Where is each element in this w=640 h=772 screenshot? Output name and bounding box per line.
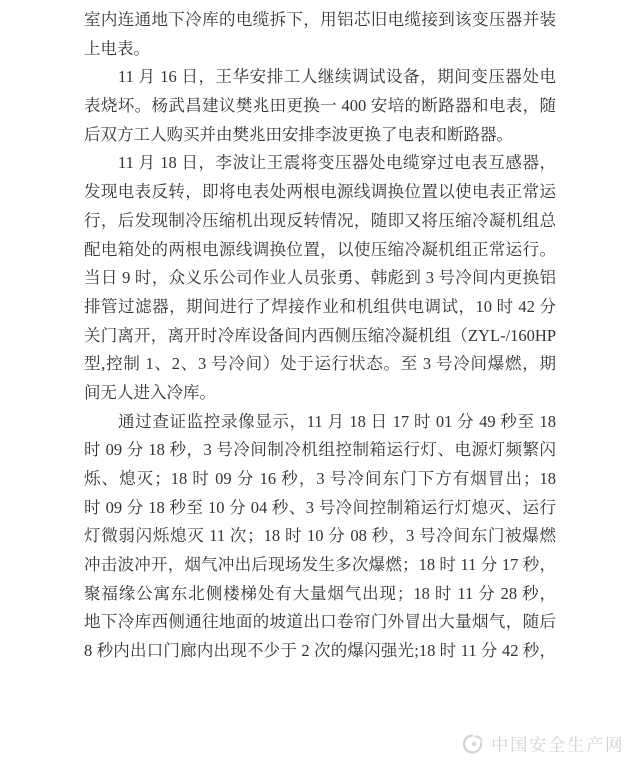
text-line: 11 月 18 日，李波让王震将变压器处电缆穿过电表互感器， <box>84 149 556 178</box>
text-line: 配电箱处的两根电源线调换位置，以使压缩冷凝机组正常运行。 <box>84 236 556 265</box>
text-line: 地下冷库西侧通往地面的坡道出口卷帘门外冒出大量烟气，随后 <box>84 608 556 637</box>
text-line: 当日 9 时，众义乐公司作业人员张勇、韩彪到 3 号冷间内更换铝 <box>84 264 556 293</box>
site-logo-icon <box>461 732 485 756</box>
text-line: 烁、熄灭；18 时 09 分 16 秒，3 号冷间东门下方有烟冒出；18 <box>84 465 556 494</box>
text-line: 行，后发现制冷压缩机出现反转情况，随即又将压缩冷凝机组总 <box>84 207 556 236</box>
text-line: 8 秒内出口门廊内出现不少于 2 次的爆闪强光;18 时 11 分 42 秒， <box>84 637 556 666</box>
document-body: 室内连通地下冷库的电缆拆下，用铝芯旧电缆接到该变压器并装 上电表。 11 月 1… <box>84 6 556 666</box>
text-line: 发现电表反转，即将电表处两根电源线调换位置以使电表正常运 <box>84 178 556 207</box>
text-line: 关门离开，离开时冷库设备间内西侧压缩冷凝机组（ZYL-/160HP <box>84 322 556 351</box>
text-line: 后双方工人购买并由樊兆田安排李波更换了电表和断路器。 <box>84 121 556 150</box>
text-line: 表烧坏。杨武昌建议樊兆田更换一 400 安培的断路器和电表，随 <box>84 92 556 121</box>
document-page: 室内连通地下冷库的电缆拆下，用铝芯旧电缆接到该变压器并装 上电表。 11 月 1… <box>0 0 640 772</box>
text-line: 室内连通地下冷库的电缆拆下，用铝芯旧电缆接到该变压器并装 <box>84 6 556 35</box>
text-line: 上电表。 <box>84 35 556 64</box>
text-line: 间无人进入冷库。 <box>84 379 556 408</box>
text-line: 聚福缘公寓东北侧楼梯处有大量烟气出现；18 时 11 分 28 秒， <box>84 580 556 609</box>
text-line: 冲击波冲开，烟气冲出后现场发生多次爆燃；18 时 11 分 17 秒， <box>84 551 556 580</box>
text-line: 时 09 分 18 秒，3 号冷间制冷机组控制箱运行灯、电源灯频繁闪 <box>84 436 556 465</box>
watermark: 中国安全生产网 <box>461 730 624 758</box>
text-line: 灯微弱闪烁熄灭 11 次；18 时 10 分 08 秒，3 号冷间东门被爆燃 <box>84 522 556 551</box>
text-line: 通过查证监控录像显示，11 月 18 日 17 时 01 分 49 秒至 18 <box>84 408 556 437</box>
text-line: 11 月 16 日，王华安排工人继续调试设备，期间变压器处电 <box>84 63 556 92</box>
text-line: 时 09 分 18 秒至 10 分 04 秒、3 号冷间控制箱运行灯熄灭、运行 <box>84 494 556 523</box>
text-line: 排管过滤器，期间进行了焊接作业和机组供电调试，10 时 42 分 <box>84 293 556 322</box>
text-line: 型,控制 1、2、3 号冷间）处于运行状态。至 3 号冷间爆燃，期 <box>84 350 556 379</box>
watermark-text: 中国安全生产网 <box>491 732 624 757</box>
